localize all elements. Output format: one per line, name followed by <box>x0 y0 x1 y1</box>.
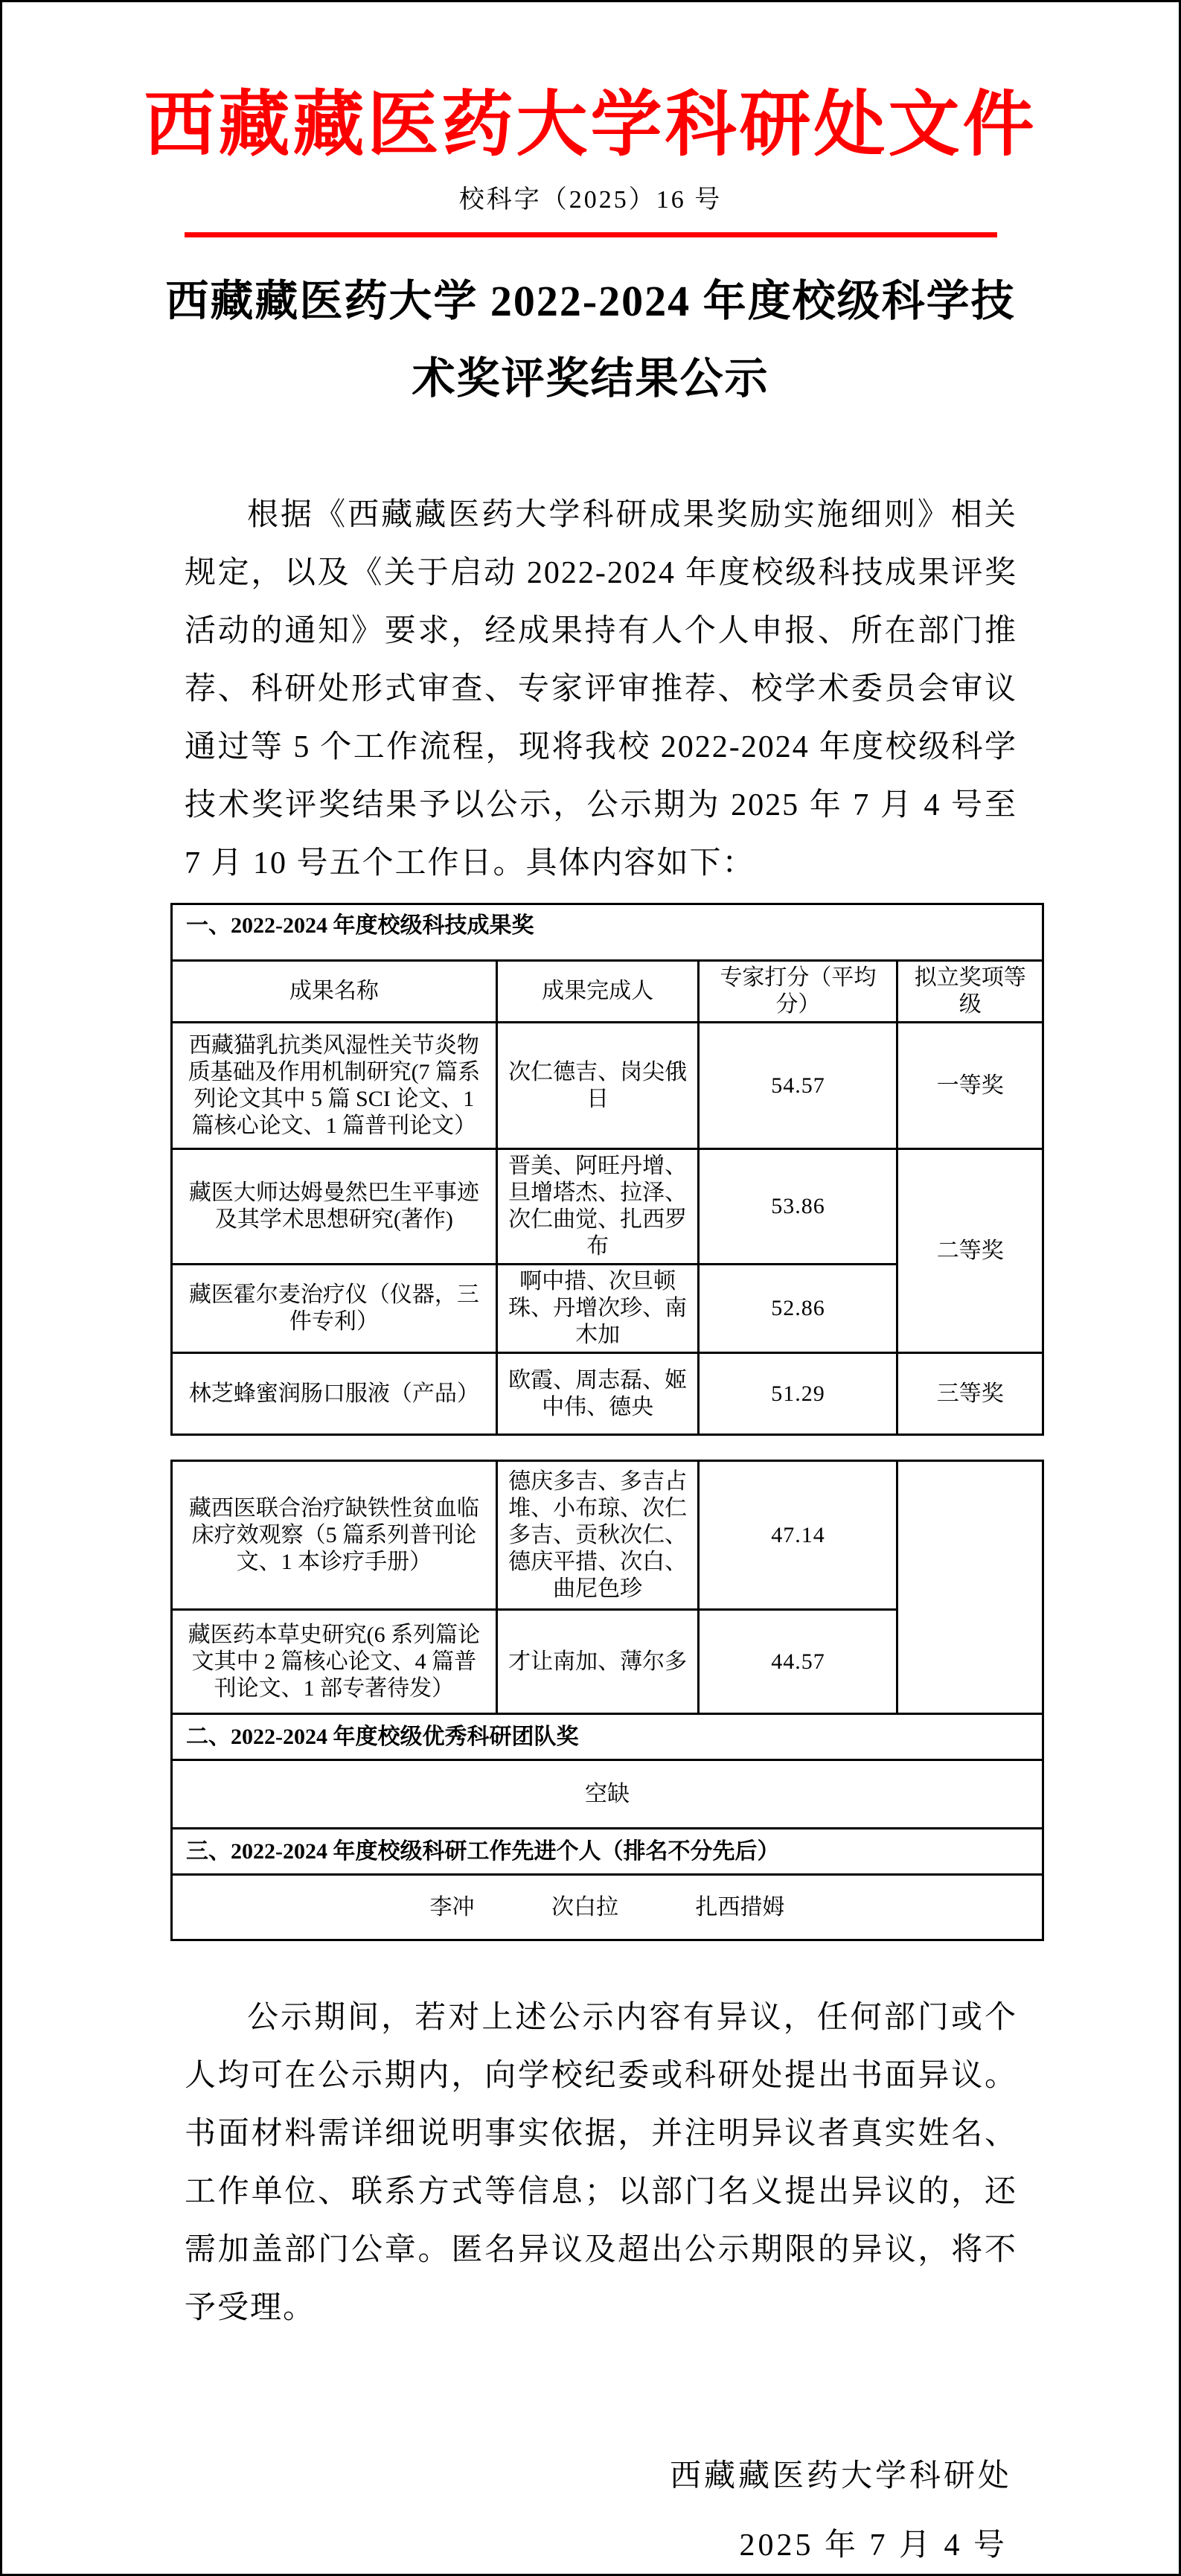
cell-result-name: 藏医霍尔麦治疗仪（仪器，三件专利） <box>172 1265 497 1353</box>
cell-result-score: 47.14 <box>699 1461 897 1610</box>
cell-result-score: 53.86 <box>699 1149 897 1265</box>
cell-result-award-merged <box>897 1461 1043 1714</box>
column-header-people: 成果完成人 <box>496 961 699 1023</box>
advanced-individual-name: 李冲 <box>430 1894 475 1921</box>
table-row: 李冲 次白拉 扎西措姆 <box>172 1875 1043 1940</box>
cell-result-score: 52.86 <box>699 1265 897 1353</box>
section1-title: 一、2022-2024 年度校级科技成果奖 <box>172 904 1043 961</box>
table-row: 藏医大师达姆曼然巴生平事迹及其学术思想研究(著作) 晋美、阿旺丹增、旦增塔杰、拉… <box>172 1149 1043 1265</box>
cell-result-score: 44.57 <box>699 1610 897 1714</box>
signature-organization: 西藏藏医药大学科研处 <box>2 2455 1012 2499</box>
section2-title: 二、2022-2024 年度校级优秀科研团队奖 <box>172 1714 1043 1760</box>
signature-date: 2025 年 7 月 4 号 <box>2 2524 1008 2568</box>
table-row: 二、2022-2024 年度校级优秀科研团队奖 <box>172 1714 1043 1760</box>
advanced-individual-name: 次白拉 <box>551 1894 618 1921</box>
award-table-block1: 一、2022-2024 年度校级科技成果奖 成果名称 成果完成人 专家打分（平均… <box>170 903 1044 1436</box>
table-header-row: 成果名称 成果完成人 专家打分（平均分） 拟立奖项等级 <box>172 961 1043 1023</box>
cell-result-people: 啊中措、次旦顿珠、丹增次珍、南木加 <box>496 1265 699 1353</box>
intro-paragraph: 根据《西藏藏医药大学科研成果奖励实施细则》相关规定，以及《关于启动 2022-2… <box>185 486 1017 892</box>
cell-result-people: 才让南加、薄尔多 <box>496 1610 699 1714</box>
table-row: 三、2022-2024 年度校级科研工作先进个人（排名不分先后） <box>172 1829 1043 1875</box>
letterhead-title: 西藏藏医药大学科研处文件 <box>2 88 1179 163</box>
cell-result-award: 三等奖 <box>897 1353 1043 1435</box>
cell-result-score: 54.57 <box>699 1023 897 1149</box>
table-row: 空缺 <box>172 1760 1043 1829</box>
cell-result-people: 欧霞、周志磊、姬中伟、德央 <box>496 1353 699 1435</box>
red-divider-line <box>185 232 997 237</box>
document-page: 西藏藏医药大学科研处文件 校科字（2025）16 号 西藏藏医药大学 2022-… <box>0 0 1181 2576</box>
document-title-line2: 术奖评奖结果公示 <box>2 340 1179 418</box>
cell-result-award: 一等奖 <box>897 1023 1043 1149</box>
cell-result-score: 51.29 <box>699 1353 897 1435</box>
doc-number: 校科字（2025）16 号 <box>2 182 1179 218</box>
cell-result-name: 藏医大师达姆曼然巴生平事迹及其学术思想研究(著作) <box>172 1149 497 1265</box>
cell-result-name: 林芝蜂蜜润肠口服液（产品） <box>172 1353 497 1435</box>
column-header-award: 拟立奖项等级 <box>897 961 1043 1023</box>
table-row: 藏西医联合治疗缺铁性贫血临床疗效观察（5 篇系列普刊论文、1 本诊疗手册） 德庆… <box>172 1461 1043 1610</box>
table-row: 林芝蜂蜜润肠口服液（产品） 欧霞、周志磊、姬中伟、德央 51.29 三等奖 <box>172 1353 1043 1435</box>
table-row: 西藏猫乳抗类风湿性关节炎物质基础及作用机制研究(7 篇系列论文其中 5 篇 SC… <box>172 1023 1043 1149</box>
section2-vacant-cell: 空缺 <box>172 1760 1043 1829</box>
cell-result-name: 藏西医联合治疗缺铁性贫血临床疗效观察（5 篇系列普刊论文、1 本诊疗手册） <box>172 1461 497 1610</box>
cell-result-people: 德庆多吉、多吉占堆、小布琼、次仁多吉、贡秋次仁、德庆平措、次白、曲尼色珍 <box>496 1461 699 1610</box>
table-row: 一、2022-2024 年度校级科技成果奖 <box>172 904 1043 961</box>
column-header-score: 专家打分（平均分） <box>699 961 897 1023</box>
column-header-name: 成果名称 <box>172 961 497 1023</box>
advanced-individual-name: 扎西措姆 <box>696 1894 785 1921</box>
cell-result-people: 晋美、阿旺丹增、旦增塔杰、拉泽、次仁曲觉、扎西罗布 <box>496 1149 699 1265</box>
cell-result-people: 次仁德吉、岗尖俄日 <box>496 1023 699 1149</box>
document-title: 西藏藏医药大学 2022-2024 年度校级科学技 术奖评奖结果公示 <box>2 263 1179 418</box>
closing-paragraph: 公示期间，若对上述公示内容有异议，任何部门或个人均可在公示期内，向学校纪委或科研… <box>185 1989 1017 2337</box>
section3-title: 三、2022-2024 年度校级科研工作先进个人（排名不分先后） <box>172 1829 1043 1875</box>
cell-result-award-merged: 二等奖 <box>897 1149 1043 1353</box>
cell-result-name: 藏医药本草史研究(6 系列篇论文其中 2 篇核心论文、4 篇普刊论文、1 部专著… <box>172 1610 497 1714</box>
document-title-line1: 西藏藏医药大学 2022-2024 年度校级科学技 <box>2 263 1179 340</box>
award-table-block2: 藏西医联合治疗缺铁性贫血临床疗效观察（5 篇系列普刊论文、1 本诊疗手册） 德庆… <box>170 1460 1044 1941</box>
cell-result-name: 西藏猫乳抗类风湿性关节炎物质基础及作用机制研究(7 篇系列论文其中 5 篇 SC… <box>172 1023 497 1149</box>
section3-names-cell: 李冲 次白拉 扎西措姆 <box>172 1875 1043 1940</box>
